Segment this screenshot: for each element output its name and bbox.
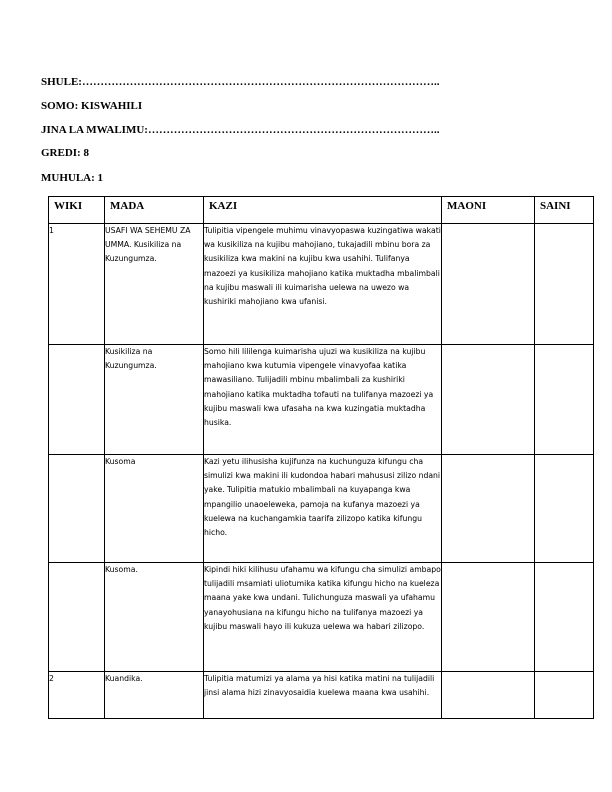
column-header-kazi: KAZI <box>204 197 442 224</box>
cell-mada: USAFI WA SEHEMU ZA UMMA. Kusikiliza na K… <box>105 224 204 345</box>
subject-field: SOMO: KISWAHILI <box>41 100 142 112</box>
cell-maoni <box>442 672 535 719</box>
column-header-wiki: WIKI <box>49 197 105 224</box>
cell-kazi: Tulipitia vipengele muhimu vinavyopaswa … <box>204 224 442 345</box>
cell-saini <box>535 563 594 672</box>
column-header-saini: SAINI <box>535 197 594 224</box>
cell-mada: Kusoma. <box>105 563 204 672</box>
cell-maoni <box>442 224 535 345</box>
cell-saini <box>535 345 594 455</box>
column-header-mada: MADA <box>105 197 204 224</box>
table-row: 2 Kuandika. Tulipitia matumizi ya alama … <box>49 672 594 719</box>
cell-maoni <box>442 345 535 455</box>
cell-wiki: 2 <box>49 672 105 719</box>
cell-saini <box>535 224 594 345</box>
cell-wiki: 1 <box>49 224 105 345</box>
cell-mada: Kusikiliza na Kuzungumza. <box>105 345 204 455</box>
cell-mada: Kusoma <box>105 455 204 563</box>
cell-kazi: Kazi yetu ilihusisha kujifunza na kuchun… <box>204 455 442 563</box>
table-row: Kusikiliza na Kuzungumza. Somo hili lili… <box>49 345 594 455</box>
table-header-row: WIKI MADA KAZI MAONI SAINI <box>49 197 594 224</box>
cell-saini <box>535 455 594 563</box>
column-header-maoni: MAONI <box>442 197 535 224</box>
cell-wiki <box>49 345 105 455</box>
table-row: Kusoma Kazi yetu ilihusisha kujifunza na… <box>49 455 594 563</box>
table-row: 1 USAFI WA SEHEMU ZA UMMA. Kusikiliza na… <box>49 224 594 345</box>
scheme-of-work-table: WIKI MADA KAZI MAONI SAINI 1 USAFI WA SE… <box>48 196 594 719</box>
cell-kazi: Somo hili lililenga kuimarisha ujuzi wa … <box>204 345 442 455</box>
cell-maoni <box>442 455 535 563</box>
teacher-name-field: JINA LA MWALIMU:………………………………………………………………… <box>41 124 439 136</box>
cell-mada: Kuandika. <box>105 672 204 719</box>
cell-kazi: Kipindi hiki kilihusu ufahamu wa kifungu… <box>204 563 442 672</box>
cell-kazi: Tulipitia matumizi ya alama ya hisi kati… <box>204 672 442 719</box>
cell-maoni <box>442 563 535 672</box>
cell-wiki <box>49 563 105 672</box>
school-field: SHULE:…………………………………………………………………………………….. <box>41 76 439 88</box>
cell-wiki <box>49 455 105 563</box>
term-field: MUHULA: 1 <box>41 172 103 184</box>
grade-field: GREDI: 8 <box>41 147 89 159</box>
table-row: Kusoma. Kipindi hiki kilihusu ufahamu wa… <box>49 563 594 672</box>
cell-saini <box>535 672 594 719</box>
